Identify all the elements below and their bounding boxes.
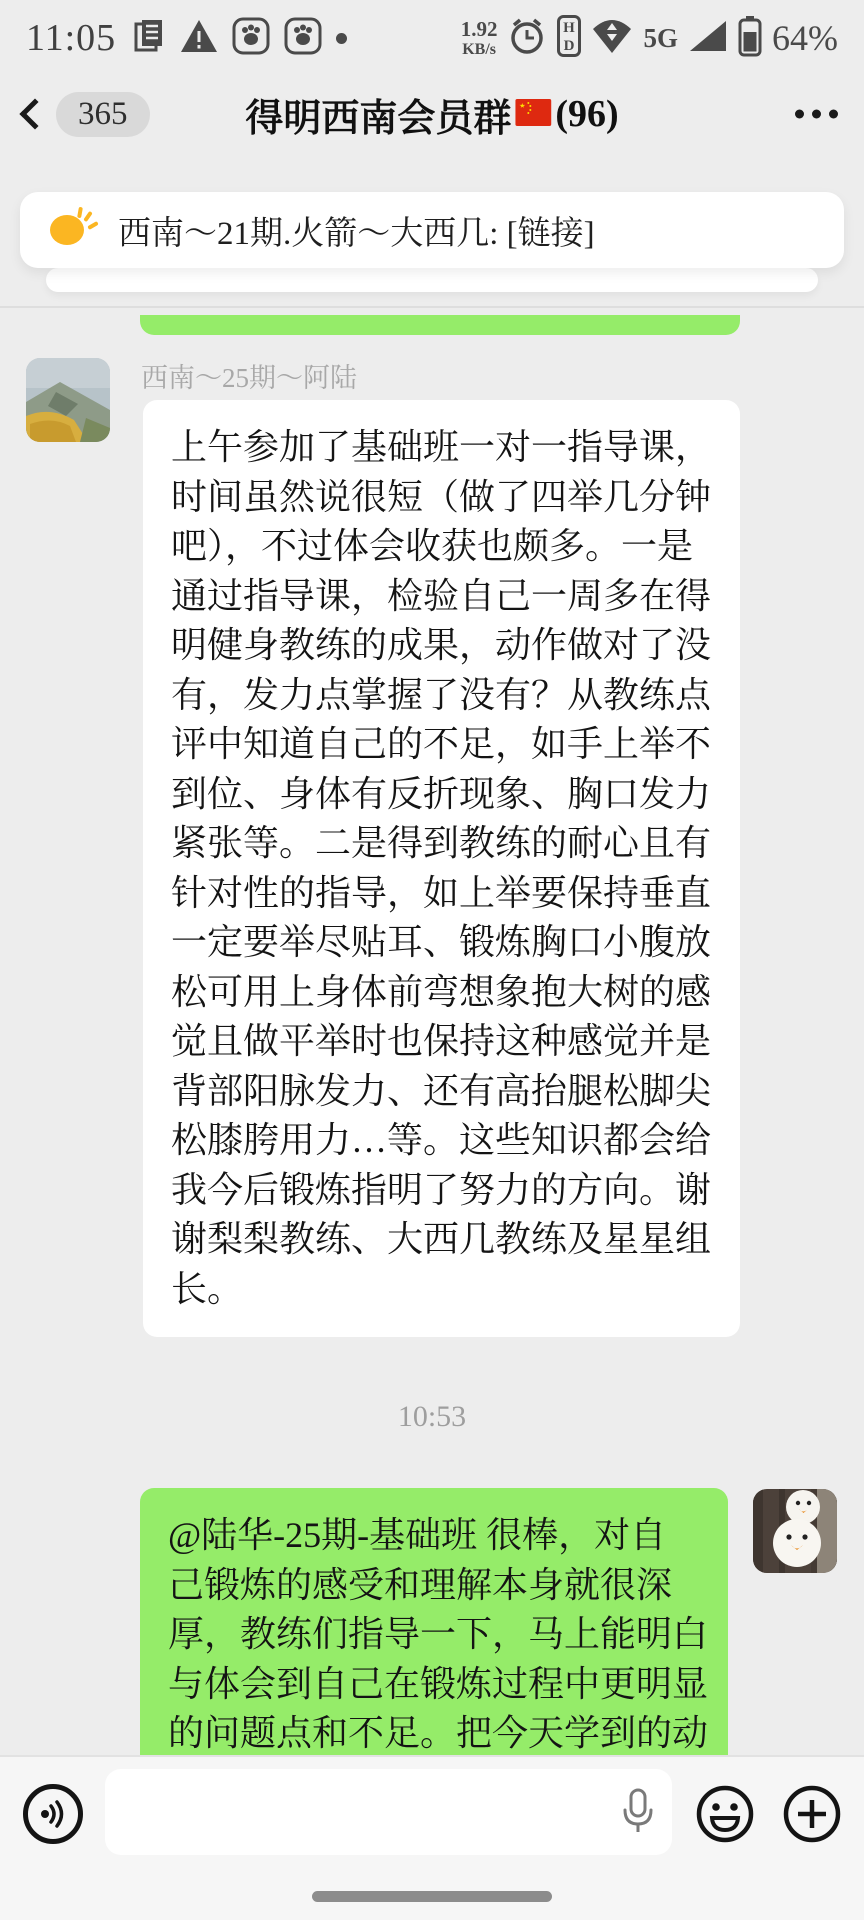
- notification-icons: [134, 17, 347, 60]
- message-line: 觉且做平举时也保持这种感觉并是: [171, 1017, 712, 1067]
- message-line: 松膝胯用力…等。这些知识都会给: [171, 1116, 712, 1166]
- unread-count-badge: 365: [56, 92, 150, 137]
- cn-flag-icon: [515, 92, 551, 136]
- sender-name: 西南～25期～阿陆: [141, 356, 357, 395]
- more-menu-button[interactable]: [795, 110, 838, 119]
- status-bar: 11:05 1.92 KB/s HD: [0, 0, 864, 76]
- signal-icon: [688, 19, 728, 58]
- own-avatar[interactable]: [753, 1489, 837, 1573]
- emoji-icon: [696, 1785, 754, 1843]
- message-line: 与体会到自己在锻炼过程中更明显: [168, 1660, 700, 1710]
- group-title: 得明西南会员群 (96): [245, 87, 618, 142]
- sender-avatar[interactable]: [26, 358, 110, 442]
- message-line: 的问题点和不足。把今天学到的动: [168, 1709, 700, 1755]
- message-line: 长。: [171, 1265, 712, 1315]
- voice-toggle-button[interactable]: [23, 1784, 83, 1844]
- outgoing-message-bubble[interactable]: @陆华-25期-基础班 很棒，对自己锻炼的感受和理解本身就很深厚，教练们指导一下…: [140, 1488, 728, 1755]
- previous-message-bubble-partial[interactable]: [140, 315, 740, 335]
- message-line: 己锻炼的感受和理解本身就很深: [168, 1561, 700, 1611]
- message-line: 我今后锻炼指明了努力的方向。谢: [171, 1166, 712, 1216]
- system-status-icons: 1.92 KB/s HD 5G 64%: [461, 15, 838, 62]
- message-text-input[interactable]: [105, 1769, 672, 1855]
- message-line: @陆华-25期-基础班 很棒，对自: [168, 1511, 700, 1561]
- clipboard-icon: [134, 18, 166, 59]
- announcement-bubble-icon: [50, 209, 92, 251]
- back-button[interactable]: 365: [24, 92, 150, 137]
- volte-hd-icon: HD: [557, 15, 581, 62]
- clock-time: 11:05: [26, 16, 116, 60]
- message-line: 一定要举尽贴耳、锻炼胸口小腹放: [171, 918, 712, 968]
- network-speed: 1.92 KB/s: [461, 19, 498, 58]
- svg-text:H: H: [564, 20, 576, 36]
- announcement-text: 西南～21期.火箭～大西几: [链接]: [118, 207, 595, 254]
- voice-toggle-icon: [36, 1797, 70, 1831]
- message-line: 通过指导课，检验自己一周多在得: [171, 572, 712, 622]
- message-line: 吧），不过体会收获也颇多。一是: [171, 522, 712, 572]
- outgoing-message-text: @陆华-25期-基础班 很棒，对自己锻炼的感受和理解本身就很深厚，教练们指导一下…: [168, 1511, 700, 1755]
- nav-bar: 365 得明西南会员群 (96): [0, 76, 864, 152]
- stacked-announcement-strip[interactable]: [46, 268, 818, 292]
- alarm-clock-icon: [507, 16, 547, 61]
- message-line: 到位、身体有反折现象、胸口发力: [171, 770, 712, 820]
- svg-text:D: D: [564, 38, 575, 54]
- message-line: 谢梨梨教练、大西几教练及星星组: [171, 1215, 712, 1265]
- message-line: 时间虽然说很短（做了四举几分钟: [171, 473, 712, 523]
- message-line: 上午参加了基础班一对一指导课，: [171, 423, 712, 473]
- message-line: 评中知道自己的不足，如手上举不: [171, 720, 712, 770]
- message-line: 针对性的指导，如上举要保持垂直: [171, 869, 712, 919]
- more-attachments-button[interactable]: [783, 1785, 841, 1843]
- warning-icon: [180, 18, 218, 59]
- plus-icon: [783, 1785, 841, 1843]
- back-chevron-icon: [19, 98, 50, 129]
- notification-dot: [336, 33, 347, 44]
- incoming-message-text: 上午参加了基础班一对一指导课，时间虽然说很短（做了四举几分钟吧），不过体会收获也…: [171, 423, 712, 1314]
- timestamp: 10:53: [0, 1400, 864, 1434]
- message-line: 背部阳脉发力、还有高抬腿松脚尖: [171, 1067, 712, 1117]
- incoming-message-bubble[interactable]: 上午参加了基础班一对一指导课，时间虽然说很短（做了四举几分钟吧），不过体会收获也…: [143, 400, 740, 1337]
- chat-message-list[interactable]: 西南～25期～阿陆 上午参加了基础班一对一指导课，时间虽然说很短（做了四举几分钟…: [0, 308, 864, 1755]
- message-line: 紧张等。二是得到教练的耐心且有: [171, 819, 712, 869]
- message-line: 明健身教练的成果，动作做对了没: [171, 621, 712, 671]
- message-line: 有，发力点掌握了没有？从教练点: [171, 671, 712, 721]
- message-input-bar: [0, 1755, 864, 1920]
- battery-percent: 64%: [772, 17, 838, 59]
- message-line: 厚，教练们指导一下，马上能明白: [168, 1610, 700, 1660]
- battery-icon: [738, 15, 762, 62]
- paw-app-icon: [232, 17, 270, 60]
- group-name: 得明西南会员群: [245, 87, 511, 142]
- message-line: 松可用上身体前弯想象抱大树的感: [171, 968, 712, 1018]
- paw-app-icon: [284, 17, 322, 60]
- home-indicator[interactable]: [312, 1891, 552, 1902]
- wechat-group-chat-screen: 11:05 1.92 KB/s HD: [0, 0, 864, 1920]
- emoji-button[interactable]: [696, 1785, 754, 1843]
- microphone-icon[interactable]: [620, 1788, 656, 1841]
- data-saver-icon: [591, 17, 633, 60]
- member-count: (96): [555, 92, 618, 136]
- network-type: 5G: [643, 23, 678, 54]
- pinned-announcement-banner[interactable]: 西南～21期.火箭～大西几: [链接]: [20, 192, 844, 268]
